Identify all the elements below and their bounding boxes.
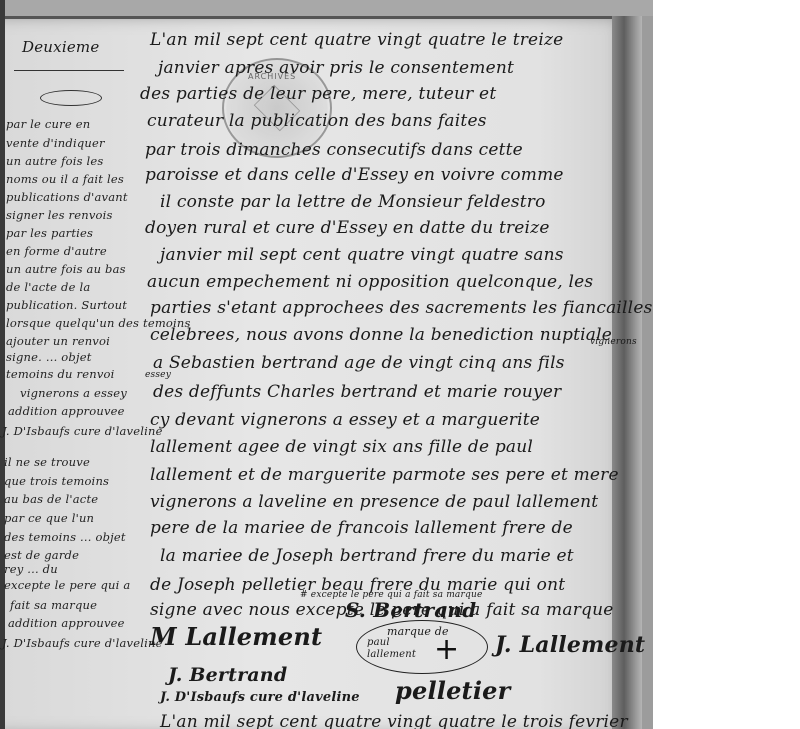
margin-note-line: par le cure en xyxy=(6,117,90,131)
cross-mark-icon: + xyxy=(434,632,459,667)
record-line: vignerons a laveline en presence de paul… xyxy=(150,492,598,512)
margin-note-line: signer les renvois xyxy=(6,208,113,222)
margin-note-line: au bas de l'acte xyxy=(4,492,98,506)
margin-note-line: vente d'indiquer xyxy=(6,136,105,150)
margin-note-line: est de garde xyxy=(4,548,79,562)
record-line: lallement agee de vingt six ans fille de… xyxy=(150,437,533,457)
margin-note-line: en forme d'autre xyxy=(6,244,107,258)
signature: J. D'Isbaufs cure d'laveline xyxy=(160,690,360,705)
margin-note-line: un autre fois les xyxy=(6,154,104,168)
margin-note-line: par ce que l'un xyxy=(4,511,94,525)
margin-note-line: ajouter un renvoi xyxy=(6,334,110,348)
mark-label-line3: lallement xyxy=(367,649,416,660)
record-line: aucun empechement ni opposition quelconq… xyxy=(147,272,593,292)
record-line: cy devant vignerons a essey et a marguer… xyxy=(150,410,540,430)
margin-note-line: addition approuvee xyxy=(8,616,125,630)
record-line: lallement et de marguerite parmote ses p… xyxy=(150,465,619,485)
margin-note-line: par les parties xyxy=(6,226,93,240)
mark-label-line2: paul xyxy=(367,637,390,648)
record-line: janvier apres avoir pris le consentement xyxy=(158,58,514,78)
record-line: la mariee de Joseph bertrand frere du ma… xyxy=(160,546,574,566)
margin-note-line: vignerons a essey xyxy=(20,386,127,400)
mark-oval: marque de paul lallement xyxy=(356,620,488,674)
signature: J. Lallement xyxy=(495,632,645,658)
signature: J. Bertrand xyxy=(168,664,287,686)
next-entry-start: L'an mil sept cent quatre vingt quatre l… xyxy=(160,712,628,729)
margin-note-line: publication. Surtout xyxy=(6,298,127,312)
record-line: paroisse et dans celle d'Essey en voivre… xyxy=(145,165,564,185)
margin-note-line: noms ou il a fait les xyxy=(6,172,124,186)
record-line: doyen rural et cure d'Essey en datte du … xyxy=(145,218,550,238)
record-line: il conste par la lettre de Monsieur feld… xyxy=(160,192,546,212)
record-line: curateur la publication des bans faites xyxy=(147,111,487,131)
record-line: parties s'etant approchees des sacrement… xyxy=(150,298,653,318)
margin-note-line: des temoins ... objet xyxy=(4,530,126,544)
interlinear-note: essey xyxy=(145,370,171,380)
scanned-page: ARCHIVES Deuxieme L'an mil sept cent qua… xyxy=(0,0,653,729)
margin-note-line: signe. ... objet xyxy=(6,350,92,364)
signature: S. Bertrand xyxy=(345,598,476,622)
margin-note-line: excepte le pere qui a xyxy=(4,578,130,592)
record-line: pere de la mariee de francois lallement … xyxy=(150,518,573,538)
interlinear-note: vignerons xyxy=(590,337,637,347)
margin-note-line: lorsque quelqu'un des temoins xyxy=(6,316,191,330)
margin-note-line: J. D'Isbaufs cure d'laveline xyxy=(2,636,163,650)
heading-flourish-loop xyxy=(40,90,102,106)
margin-note-line: que trois temoins xyxy=(4,474,109,488)
margin-note-line: de l'acte de la xyxy=(6,280,90,294)
signature: M Lallement xyxy=(150,622,322,651)
margin-note-line: rey ... du xyxy=(4,562,58,576)
record-line: des deffunts Charles bertrand et marie r… xyxy=(153,382,561,402)
page-edge-shadow xyxy=(612,16,642,729)
scan-left-border xyxy=(0,0,5,729)
margin-note-line: il ne se trouve xyxy=(4,455,90,469)
record-line: des parties de leur pere, mere, tuteur e… xyxy=(140,84,496,104)
margin-heading: Deuxieme xyxy=(22,38,99,56)
record-line: par trois dimanches consecutifs dans cet… xyxy=(145,140,523,160)
record-line: celebrees, nous avons donne la benedicti… xyxy=(150,325,612,345)
record-line: L'an mil sept cent quatre vingt quatre l… xyxy=(150,30,563,50)
record-line: janvier mil sept cent quatre vingt quatr… xyxy=(160,245,564,265)
margin-note-line: J. D'Isbaufs cure d'laveline xyxy=(2,424,163,438)
margin-note-line: fait sa marque xyxy=(10,598,97,612)
heading-flourish xyxy=(14,70,124,71)
signature: pelletier xyxy=(395,676,510,705)
margin-note-line: addition approuvee xyxy=(8,404,125,418)
record-line: a Sebastien bertrand age de vingt cinq a… xyxy=(153,353,565,373)
margin-note-line: temoins du renvoi xyxy=(6,367,115,381)
margin-note-line: publications d'avant xyxy=(6,190,128,204)
scan-top-border xyxy=(0,0,653,16)
margin-note-line: un autre fois au bas xyxy=(6,262,126,276)
